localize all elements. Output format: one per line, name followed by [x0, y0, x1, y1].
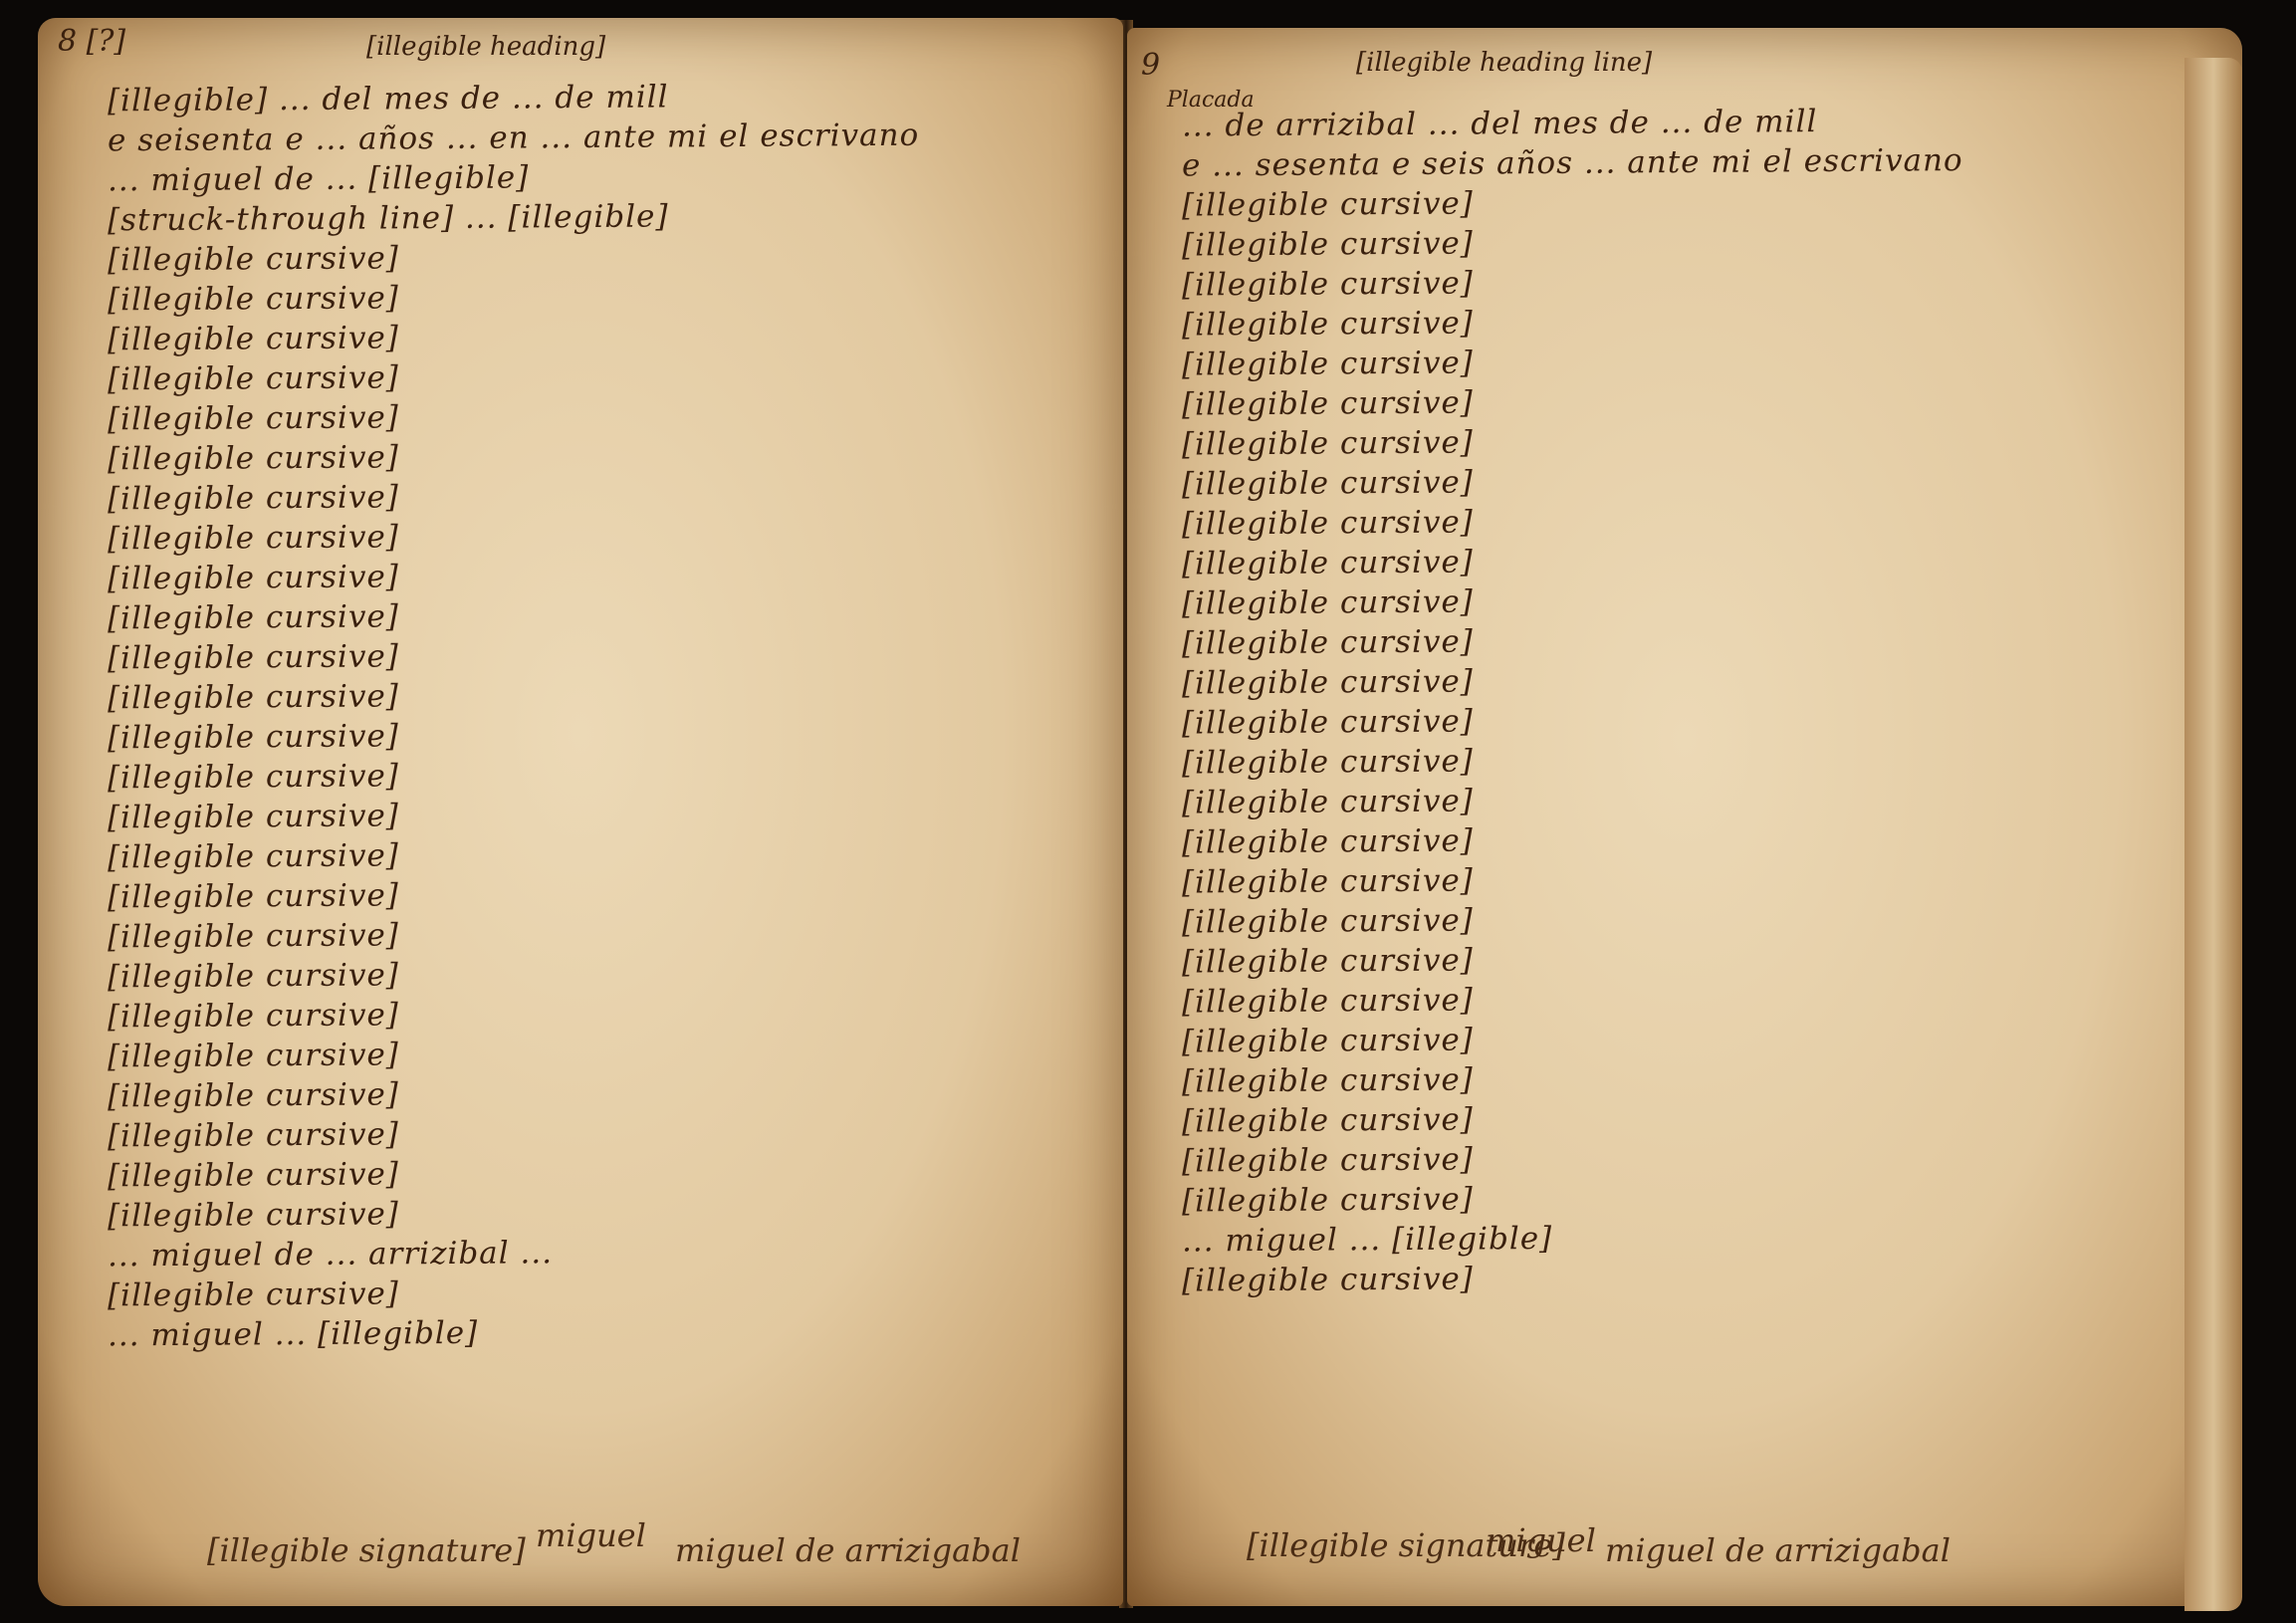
- manuscript-line: ... miguel de ... arrizibal ...: [108, 1230, 1073, 1276]
- manuscript-line: [illegible cursive]: [1182, 377, 2192, 424]
- page-edge: [2184, 58, 2242, 1611]
- manuscript-line: [illegible cursive]: [108, 1070, 1073, 1117]
- manuscript-line: [illegible cursive]: [108, 314, 1073, 360]
- manuscript-line: [illegible cursive]: [108, 234, 1073, 281]
- manuscript-line: [illegible cursive]: [1182, 457, 2192, 504]
- manuscript-line: [illegible cursive]: [1182, 577, 2192, 623]
- manuscript-line: e ... sesenta e seis años ... ante mi el…: [1182, 138, 2192, 185]
- signature: miguel: [536, 1516, 646, 1554]
- manuscript-line: [illegible cursive]: [108, 712, 1073, 759]
- manuscript-line: [illegible cursive]: [1182, 656, 2192, 703]
- manuscript-line: [illegible cursive]: [108, 911, 1073, 958]
- manuscript-line: ... de arrizibal ... del mes de ... de m…: [1182, 99, 2192, 145]
- manuscript-line: [illegible cursive]: [1182, 338, 2192, 384]
- manuscript-line: [illegible cursive]: [108, 632, 1073, 679]
- manuscript-line: [illegible cursive]: [1182, 1094, 2192, 1141]
- manuscript-line: [illegible cursive]: [1182, 1134, 2192, 1181]
- manuscript-line: [illegible cursive]: [108, 393, 1073, 440]
- manuscript-line: e seisenta e ... años ... en ... ante mi…: [108, 115, 1073, 161]
- right-page-body: ... de arrizibal ... del mes de ... de m…: [1182, 103, 2192, 1297]
- manuscript-line: [illegible cursive]: [1182, 258, 2192, 305]
- manuscript-line: [struck-through line] ... [illegible]: [108, 194, 1073, 241]
- manuscript-line: [illegible cursive]: [1182, 218, 2192, 265]
- right-page: 9 Placada [illegible heading line] ... d…: [1127, 28, 2242, 1606]
- page-heading: [illegible heading]: [366, 32, 605, 62]
- folio-mark: 8 [?]: [58, 24, 125, 59]
- manuscript-line: [illegible cursive]: [108, 831, 1073, 878]
- manuscript-line: [illegible cursive]: [108, 274, 1073, 321]
- manuscript-line: [illegible cursive]: [108, 513, 1073, 560]
- signature: miguel de arrizigabal: [1605, 1531, 1951, 1569]
- manuscript-line: [illegible cursive]: [108, 353, 1073, 400]
- manuscript-line: [illegible cursive]: [108, 672, 1073, 719]
- page-heading: [illegible heading line]: [1356, 48, 1652, 78]
- left-page-body: [illegible] ... del mes de ... de mille …: [108, 78, 1073, 1352]
- left-page: 8 [?] [illegible heading] [illegible] ..…: [38, 18, 1123, 1606]
- manuscript-line: [illegible cursive]: [1182, 855, 2192, 902]
- manuscript-line: [illegible cursive]: [108, 473, 1073, 520]
- manuscript-line: [illegible cursive]: [1182, 1015, 2192, 1061]
- manuscript-line: [illegible cursive]: [1182, 895, 2192, 942]
- manuscript-line: [illegible cursive]: [1182, 1174, 2192, 1221]
- manuscript-line: [illegible cursive]: [1182, 298, 2192, 345]
- manuscript-line: [illegible cursive]: [1182, 616, 2192, 663]
- manuscript-line: [illegible cursive]: [108, 871, 1073, 918]
- manuscript-line: [illegible cursive]: [1182, 417, 2192, 464]
- signature: [illegible signature]: [207, 1531, 526, 1569]
- manuscript-line: [illegible cursive]: [1182, 736, 2192, 783]
- manuscript-line: [illegible cursive]: [1182, 1254, 2192, 1300]
- folio-mark: 9: [1141, 48, 1160, 83]
- manuscript-line: [illegible cursive]: [108, 1190, 1073, 1237]
- manuscript-line: [illegible cursive]: [108, 553, 1073, 599]
- manuscript-line: [illegible] ... del mes de ... de mill: [108, 75, 1073, 121]
- manuscript-line: ... miguel ... [illegible]: [108, 1309, 1073, 1356]
- signature: miguel: [1486, 1521, 1596, 1559]
- manuscript-line: [illegible cursive]: [108, 1110, 1073, 1157]
- manuscript-line: [illegible cursive]: [1182, 1054, 2192, 1101]
- manuscript-line: [illegible cursive]: [1182, 497, 2192, 544]
- manuscript-line: [illegible cursive]: [108, 1150, 1073, 1197]
- manuscript-line: [illegible cursive]: [108, 792, 1073, 838]
- manuscript-line: [illegible cursive]: [1182, 935, 2192, 982]
- manuscript-line: ... miguel de ... [illegible]: [108, 154, 1073, 201]
- manuscript-line: [illegible cursive]: [108, 752, 1073, 799]
- manuscript-line: [illegible cursive]: [108, 1270, 1073, 1316]
- manuscript-line: ... miguel ... [illegible]: [1182, 1214, 2192, 1261]
- manuscript-line: [illegible cursive]: [1182, 537, 2192, 583]
- manuscript-line: [illegible cursive]: [108, 1031, 1073, 1077]
- manuscript-line: [illegible cursive]: [1182, 815, 2192, 862]
- manuscript-line: [illegible cursive]: [1182, 696, 2192, 743]
- manuscript-line: [illegible cursive]: [108, 951, 1073, 998]
- signature: miguel de arrizigabal: [675, 1531, 1021, 1569]
- manuscript-line: [illegible cursive]: [1182, 178, 2192, 225]
- manuscript-line: [illegible cursive]: [108, 592, 1073, 639]
- manuscript-line: [illegible cursive]: [108, 433, 1073, 480]
- manuscript-line: [illegible cursive]: [108, 991, 1073, 1038]
- manuscript-line: [illegible cursive]: [1182, 975, 2192, 1022]
- manuscript-line: [illegible cursive]: [1182, 776, 2192, 822]
